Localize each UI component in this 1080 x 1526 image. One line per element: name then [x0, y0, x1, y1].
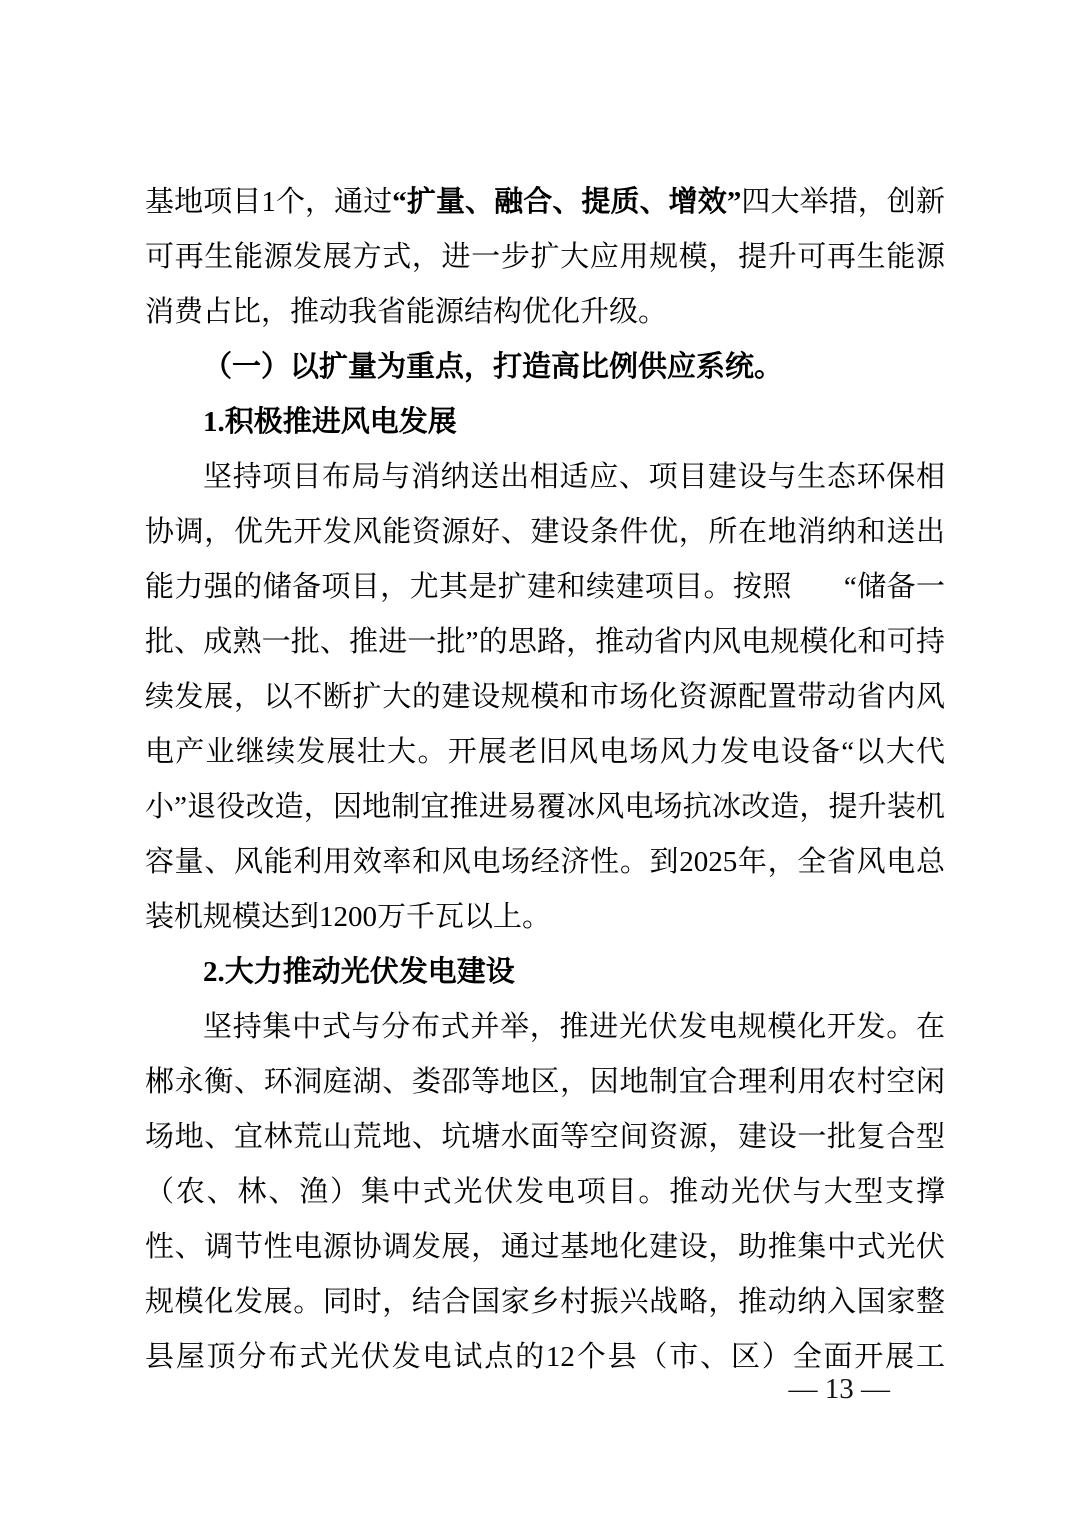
- text-segment: 郴永衡、环洞庭湖、娄邵等地区，因地制宜合理利用农村空闲: [145, 1066, 945, 1098]
- bold-text-segment: “扩量、融合、提质、增效”: [392, 186, 741, 218]
- text-segment: 小”退役改造，因地制宜推进易覆冰风电场抗冰改造，提升装机: [145, 791, 945, 823]
- numeral-text: 2025: [679, 846, 737, 878]
- text-segment: （农、林、渔）集中式光伏发电项目。推动光伏与大型支撑: [145, 1176, 945, 1208]
- text-segment: 装机规模达到1200万千瓦以上。: [145, 901, 551, 933]
- wind-para-line-3: 能力强的储备项目，尤其是扩建和续建项目。按照“储备一: [145, 560, 945, 615]
- text-segment: 可再生能源发展方式，进一步扩大应用规模，提升可再生能源: [145, 241, 945, 273]
- wind-para-line-8: 容量、风能利用效率和风电场经济性。到2025年，全省风电总: [145, 835, 945, 890]
- wind-para-line-7: 小”退役改造，因地制宜推进易覆冰风电场抗冰改造，提升装机: [145, 780, 945, 835]
- solar-para-line-6: 规模化发展。同时，结合国家乡村振兴战略，推动纳入国家整: [145, 1275, 945, 1330]
- solar-para-line-1: 坚持集中式与分布式并举，推进光伏发电规模化开发。在: [145, 1000, 945, 1055]
- text-segment: 坚持项目布局与消纳送出相适应、项目建设与生态环保相: [203, 461, 945, 493]
- quote-mark: ”: [727, 186, 742, 218]
- intro-line-3: 消费占比，推动我省能源结构优化升级。: [145, 285, 945, 340]
- numeral-text: 1200: [319, 901, 377, 933]
- text-segment: 容量、风能利用效率和风电场经济性。到2025年，全省风电总: [145, 846, 945, 878]
- numeral-text: 1: [261, 186, 276, 218]
- text-segment: 消费占比，推动我省能源结构优化升级。: [145, 296, 667, 328]
- text-segment: 性、调节性电源协调发展，通过基地化建设，助推集中式光伏: [145, 1231, 945, 1263]
- solar-para-line-3: 场地、宜林荒山荒地、坑塘水面等空间资源，建设一批复合型: [145, 1110, 945, 1165]
- wind-para-line-4: 批、成熟一批、推进一批”的思路，推动省内风电规模化和可持: [145, 615, 945, 670]
- text-segment: “储备一: [844, 571, 945, 603]
- text-segment: 坚持集中式与分布式并举，推进光伏发电规模化开发。在: [203, 1011, 945, 1043]
- document-content: 基地项目1个，通过“扩量、融合、提质、增效”四大举措，创新可再生能源发展方式，进…: [145, 175, 945, 1385]
- bold-text-segment: 2.大力推动光伏发电建设: [203, 956, 515, 988]
- page-number: — 13 —: [145, 1368, 945, 1410]
- numeral-text: 1.: [203, 406, 225, 438]
- bold-text-segment: （一）以扩量为重点，打造高比例供应系统。: [203, 351, 783, 383]
- quote-mark: “: [392, 186, 407, 218]
- quote-mark: ”: [466, 626, 479, 658]
- text-segment: 能力强的储备项目，尤其是扩建和续建项目。按照: [145, 571, 792, 603]
- wind-para-line-1: 坚持项目布局与消纳送出相适应、项目建设与生态环保相: [145, 450, 945, 505]
- quote-mark: “: [844, 571, 857, 603]
- text-segment: 续发展，以不断扩大的建设规模和市场化资源配置带动省内风: [145, 681, 945, 713]
- document-page: 基地项目1个，通过“扩量、融合、提质、增效”四大举措，创新可再生能源发展方式，进…: [0, 0, 1080, 1526]
- numeral-text: 2.: [203, 956, 225, 988]
- text-segment: 规模化发展。同时，结合国家乡村振兴战略，推动纳入国家整: [145, 1286, 945, 1318]
- quote-mark: “: [841, 736, 854, 768]
- text-segment: 批、成熟一批、推进一批”的思路，推动省内风电规模化和可持: [145, 626, 945, 658]
- text-segment: 电产业继续发展壮大。开展老旧风电场风力发电设备“以大代: [145, 736, 945, 768]
- wind-para-line-6: 电产业继续发展壮大。开展老旧风电场风力发电设备“以大代: [145, 725, 945, 780]
- wind-para-line-2: 协调，优先开发风能资源好、建设条件优，所在地消纳和送出: [145, 505, 945, 560]
- wind-para-line-5: 续发展，以不断扩大的建设规模和市场化资源配置带动省内风: [145, 670, 945, 725]
- wind-para-line-9: 装机规模达到1200万千瓦以上。: [145, 890, 945, 945]
- solar-para-line-5: 性、调节性电源协调发展，通过基地化建设，助推集中式光伏: [145, 1220, 945, 1275]
- text-gap: [792, 595, 844, 596]
- text-segment: 基地项目1个，通过: [145, 186, 392, 218]
- solar-para-line-4: （农、林、渔）集中式光伏发电项目。推动光伏与大型支撑: [145, 1165, 945, 1220]
- text-segment: 协调，优先开发风能资源好、建设条件优，所在地消纳和送出: [145, 516, 945, 548]
- subsection-2-solar-heading: 2.大力推动光伏发电建设: [145, 945, 945, 1000]
- intro-line-2: 可再生能源发展方式，进一步扩大应用规模，提升可再生能源: [145, 230, 945, 285]
- text-segment: 四大举措，创新: [741, 186, 945, 218]
- intro-line-1: 基地项目1个，通过“扩量、融合、提质、增效”四大举措，创新: [145, 175, 945, 230]
- quote-mark: ”: [174, 791, 187, 823]
- solar-para-line-2: 郴永衡、环洞庭湖、娄邵等地区，因地制宜合理利用农村空闲: [145, 1055, 945, 1110]
- subsection-1-wind-heading: 1.积极推进风电发展: [145, 395, 945, 450]
- text-segment: 场地、宜林荒山荒地、坑塘水面等空间资源，建设一批复合型: [145, 1121, 945, 1153]
- section-1-heading: （一）以扩量为重点，打造高比例供应系统。: [145, 340, 945, 395]
- bold-text-segment: 1.积极推进风电发展: [203, 406, 457, 438]
